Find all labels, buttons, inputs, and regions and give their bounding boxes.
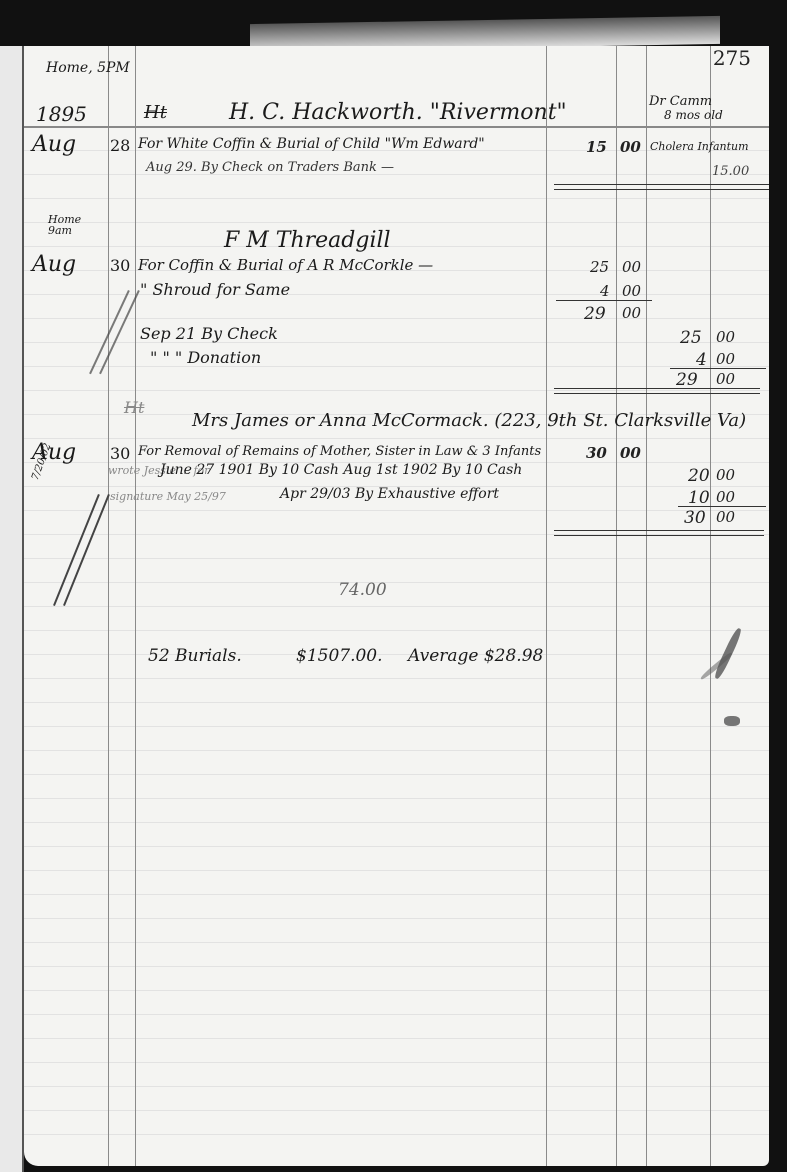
summary-average: Average $28.98	[408, 646, 543, 666]
payment-dollars: 4	[696, 350, 707, 370]
side-note: 8 mos old	[664, 108, 723, 122]
side-note: Dr Camm	[649, 94, 712, 109]
charge-total-dollars: 29	[584, 304, 606, 324]
payment-amount: 15.00	[712, 164, 749, 179]
payment-total-cents: 00	[716, 370, 735, 388]
settled-slash	[89, 290, 130, 374]
year: 1895	[36, 102, 87, 126]
charge-text: For White Coffin & Burial of Child "Wm E…	[138, 136, 485, 152]
entry-day: 30	[110, 444, 130, 463]
payment-cents: 00	[716, 488, 735, 506]
payment-text: Aug 29. By Check on Traders Bank —	[146, 160, 394, 175]
pencil-total: 74.00	[338, 580, 387, 600]
charge-dollars: 30	[586, 444, 607, 462]
payment-text: June 27 1901 By 10 Cash Aug 1st 1902 By …	[160, 462, 522, 478]
pencil-note: signature May 25/97	[110, 490, 226, 503]
cause-of-death: Cholera Infantum	[650, 140, 749, 153]
payment-total-cents: 00	[716, 508, 735, 526]
header-rule	[24, 126, 769, 128]
payment-total-dollars: 29	[676, 370, 698, 390]
time-note: Home 9am	[48, 214, 78, 236]
summary-total: $1507.00.	[296, 646, 383, 666]
charge-cents: 00	[620, 444, 641, 462]
page-number: 275	[713, 46, 751, 70]
charge-dollars: 15	[586, 138, 607, 156]
payment-cents: 00	[716, 350, 735, 368]
payment-text: Apr 29/03 By Exhaustive effort	[280, 486, 499, 502]
payment-dollars: 25	[680, 328, 702, 348]
facing-page-edge	[0, 46, 24, 1172]
credit-column-line	[646, 46, 647, 1166]
subtotal-rule	[556, 300, 652, 301]
credit-cents-line	[710, 46, 711, 1166]
settled-rule	[554, 530, 764, 536]
settled-slash	[99, 290, 140, 374]
account-mark: Ht	[144, 102, 167, 123]
subtotal-rule	[678, 506, 766, 507]
charge-text: " Shroud for Same	[140, 280, 290, 299]
summary-burials: 52 Burials.	[148, 646, 242, 666]
charge-cents: 00	[622, 282, 641, 300]
time-note: Home, 5PM	[46, 60, 130, 76]
payment-cents: 00	[716, 328, 735, 346]
charge-cents: 00	[620, 138, 641, 156]
debit-cents-line	[616, 46, 617, 1166]
charge-cents: 00	[622, 258, 641, 276]
account-name: H. C. Hackworth. "Rivermont"	[229, 100, 567, 125]
entry-month: Aug	[32, 132, 76, 157]
payment-total-dollars: 30	[684, 508, 706, 528]
payment-dollars: 10	[688, 488, 710, 508]
payment-text: Sep 21 By Check	[140, 324, 278, 343]
ledger-page: 275 Home, 5PM 1895 Ht H. C. Hackworth. "…	[24, 46, 769, 1166]
charge-text: For Removal of Remains of Mother, Sister…	[138, 444, 541, 459]
payment-cents: 00	[716, 466, 735, 484]
charge-total-cents: 00	[622, 304, 641, 322]
settled-rule	[554, 388, 760, 394]
account-name: Mrs James or Anna McCormack. (223, 9th S…	[192, 410, 746, 431]
date-column-line	[108, 46, 109, 1166]
entry-day: 28	[110, 136, 130, 155]
charge-dollars: 4	[600, 282, 610, 300]
day-column-line	[135, 46, 136, 1166]
payment-dollars: 20	[688, 466, 710, 486]
ink-stain	[724, 716, 740, 726]
payment-text: " " " Donation	[150, 348, 261, 367]
subtotal-rule	[670, 368, 766, 369]
account-name: F M Threadgill	[224, 228, 391, 253]
entry-month: Aug	[32, 252, 76, 277]
charge-dollars: 25	[590, 258, 609, 276]
entry-day: 30	[110, 256, 130, 275]
account-mark: Ht	[124, 398, 144, 417]
settled-rule	[554, 184, 769, 190]
charge-text: For Coffin & Burial of A R McCorkle —	[138, 256, 433, 274]
debit-column-line	[546, 46, 547, 1166]
